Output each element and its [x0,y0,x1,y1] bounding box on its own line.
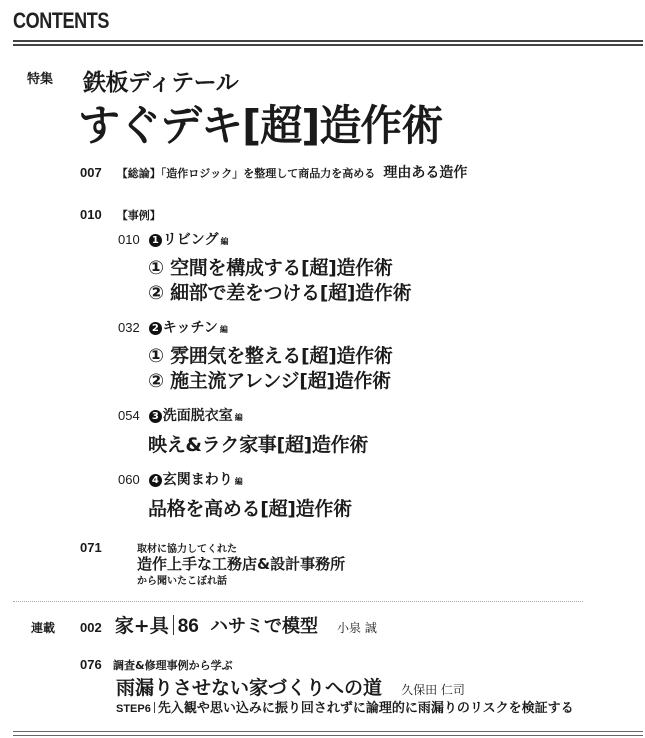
author: 久保田 仁司 [401,683,465,697]
divider-bar [173,615,174,635]
feature-label: 特集 [27,68,53,87]
section-name: 洗面脱衣室 [163,408,233,424]
feature-title: すぐデキ[超]造作術 [78,93,442,153]
section-item[interactable]: 映え&ラク家事[超]造作術 [148,430,368,457]
contents-heading: CONTENTS [13,8,109,34]
step-label: STEP6 [116,703,151,715]
page-number: 060 [118,472,140,487]
section-item[interactable]: ① 空間を構成する[超]造作術 [148,253,393,280]
entry-title: ハサミで模型 [210,616,318,637]
header-rule-bottom [13,44,643,46]
section-kitchen[interactable]: 032 2キッチン編 [118,317,228,337]
section-suffix: 編 [235,477,243,486]
page-number: 010 [118,232,140,247]
author: 小泉 誠 [337,621,377,635]
number-badge: 2 [149,322,162,335]
section-living[interactable]: 010 1リビング編 [118,229,229,249]
serial-entry-076[interactable]: 雨漏りさせない家づくりへの道 久保田 仁司 [116,673,465,700]
page-number: 007 [80,165,102,180]
section-washroom[interactable]: 054 3洗面脱衣室編 [118,405,243,425]
number-badge: 4 [149,474,162,487]
page-number: 010 [80,207,102,222]
entry-title: 雨漏りさせない家づくりへの道 [116,677,382,699]
series-number: 86 [178,616,199,637]
section-suffix: 編 [235,413,243,422]
footer-rule-top [13,731,643,732]
number-badge: 3 [149,410,162,423]
entry-pre: 調査&修理事例から学ぶ [113,657,233,673]
page-number: 076 [80,657,102,672]
page-number: 071 [80,540,102,555]
section-suffix: 編 [221,237,229,246]
section-item[interactable]: 品格を高める[超]造作術 [148,494,352,521]
section-name: キッチン [163,320,218,336]
section-entrance[interactable]: 060 4玄関まわり編 [118,469,243,489]
entry-label: 【事例】 [117,209,161,222]
section-item[interactable]: ① 雰囲気を整える[超]造作術 [148,341,393,368]
footer-rule-bottom [13,735,643,736]
entry-title: 理由ある造作 [383,165,467,181]
serial-entry-002[interactable]: 002 家+具86 ハサミで模型 小泉 誠 [80,611,377,638]
section-item[interactable]: ② 施主流アレンジ[超]造作術 [148,366,391,393]
entry-post: から聞いたこぼれ話 [137,572,227,587]
toc-entry-007[interactable]: 007 【総論】「造作ロジック」を整理して商品力を高める 理由ある造作 [80,162,467,182]
section-name: リビング [163,232,219,248]
toc-entry-010[interactable]: 010 【事例】 [80,204,161,223]
step-text: 先入観や思い込みに振り回されずに論理的に雨漏りのリスクを検証する [158,701,574,716]
step-line: STEP6先入観や思い込みに振り回されずに論理的に雨漏りのリスクを検証する [116,697,574,716]
divider-bar [154,702,155,713]
serial-label: 連載 [31,619,55,636]
series-name: 家+具 [115,615,169,637]
section-suffix: 編 [220,325,228,334]
page-number: 002 [80,620,102,635]
entry-title[interactable]: 造作上手な工務店&設計事務所 [137,553,345,574]
section-divider [13,601,583,602]
header-rule-top [13,40,643,42]
section-item[interactable]: ② 細部で差をつける[超]造作術 [148,278,411,305]
section-name: 玄関まわり [163,472,233,488]
number-badge: 1 [149,234,162,247]
page-number: 032 [118,320,140,335]
page-number: 054 [118,408,140,423]
entry-prefix: 【総論】「造作ロジック」を整理して商品力を高める [117,167,376,180]
